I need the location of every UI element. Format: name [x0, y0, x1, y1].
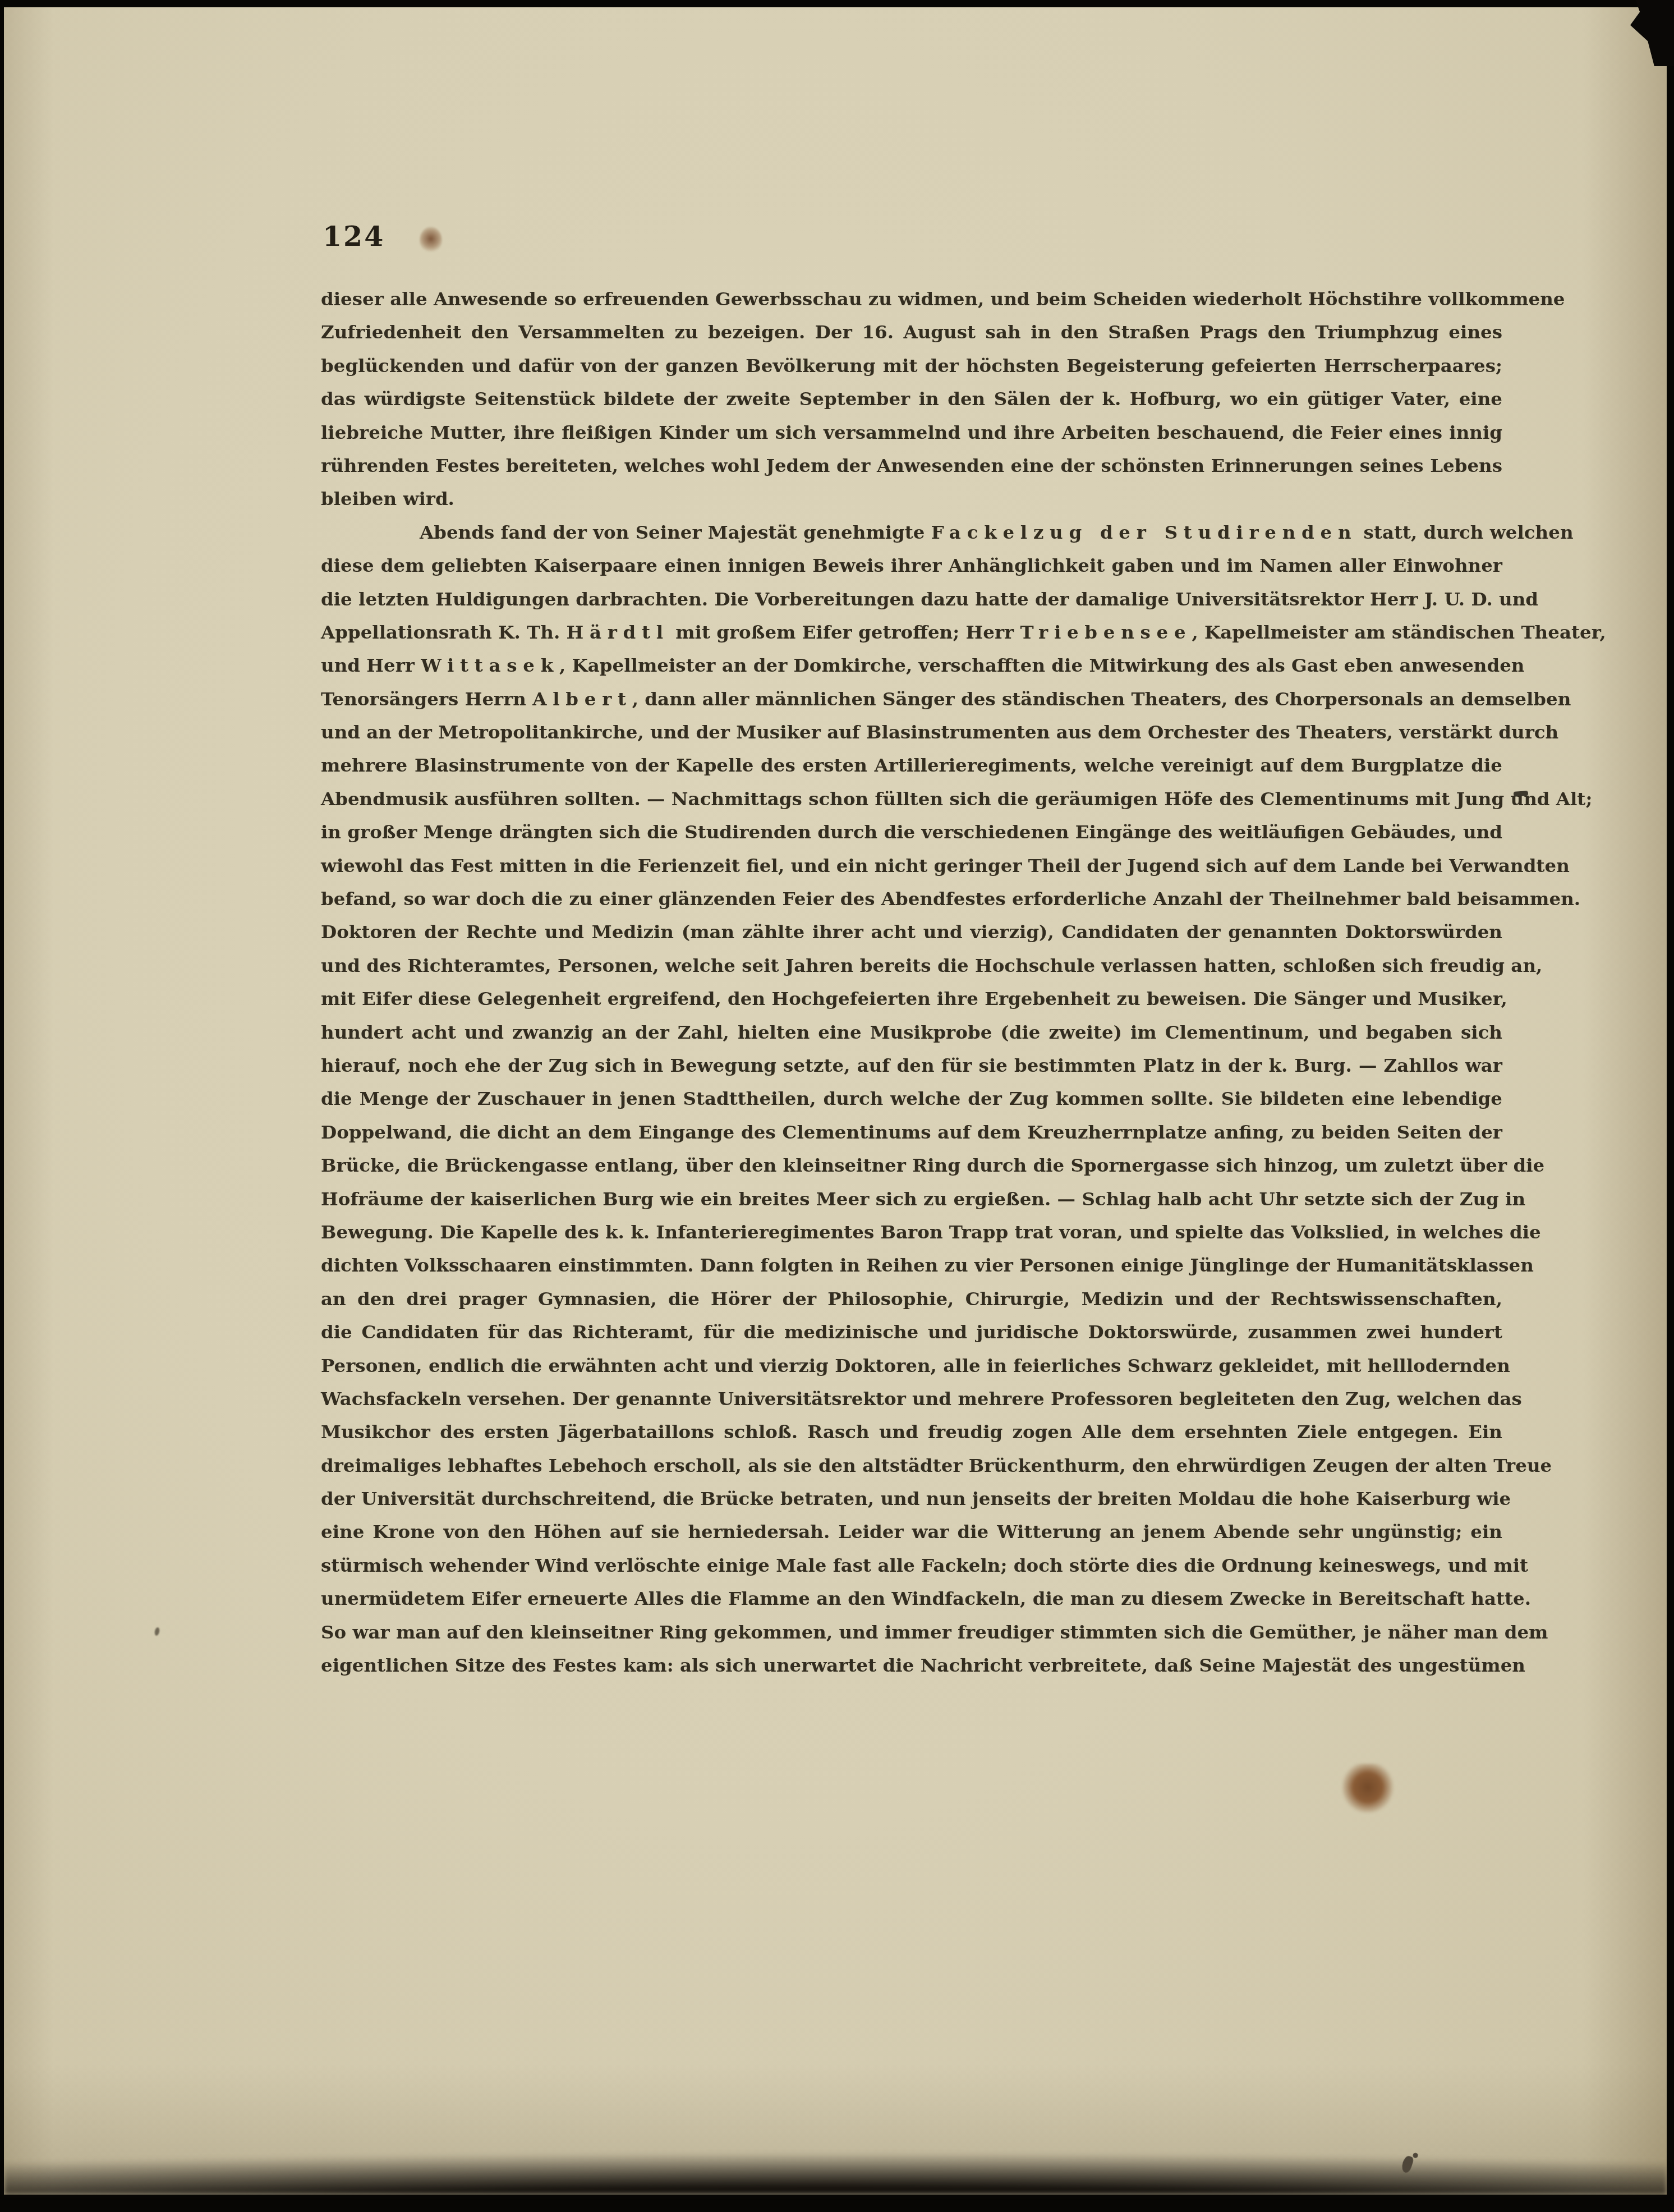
text-line: Doppelwand, die dicht an dem Eingange de…	[321, 1116, 1502, 1149]
text-line: eine Krone von den Höhen auf sie hernied…	[321, 1515, 1502, 1548]
text-line: die Candidaten für das Richteramt, für d…	[321, 1315, 1502, 1348]
text-segment: Wachsfackeln versehen. Der genannte Univ…	[321, 1388, 1522, 1410]
text-segment: mehrere Blasinstrumente von der Kapelle …	[321, 754, 1502, 776]
text-segment: und des Richteramtes, Personen, welche s…	[321, 954, 1542, 976]
text-line: dieser alle Anwesende so erfreuenden Gew…	[321, 282, 1502, 315]
ink-stain-small	[420, 227, 442, 254]
text-segment: mit Eifer diese Gelegenheit ergreifend, …	[321, 988, 1507, 1009]
text-line: das würdigste Seitenstück bildete der zw…	[321, 382, 1502, 415]
text-segment: Musikchor des ersten Jägerbataillons sch…	[321, 1421, 1502, 1443]
text-segment: beglückenden und dafür von der ganzen Be…	[321, 355, 1502, 377]
emphasized-name: Triebensee	[1020, 621, 1192, 643]
text-segment: die letzten Huldigungen darbrachten. Die…	[321, 588, 1538, 610]
scan-bottom-shadow	[4, 2127, 1667, 2195]
text-segment: Appellationsrath K. Th.	[321, 621, 567, 643]
text-segment: eigentlichen Sitze des Festes kam: als s…	[321, 1654, 1525, 1676]
text-line: Bewegung. Die Kapelle des k. k. Infanter…	[321, 1215, 1502, 1249]
text-segment: Abendmusik ausführen sollten. — Nachmitt…	[321, 788, 1592, 810]
page-number: 124	[323, 220, 385, 253]
text-segment: das würdigste Seitenstück bildete der zw…	[321, 388, 1502, 410]
text-segment: der Universität durchschreitend, die Brü…	[321, 1488, 1511, 1509]
text-segment: Abends fand der von Seiner Majestät gene…	[420, 521, 931, 543]
text-segment: dichten Volksschaaren einstimmten. Dann …	[321, 1254, 1534, 1276]
text-segment: rührenden Festes bereiteten, welches woh…	[321, 455, 1502, 476]
text-segment: , Kapellmeister am ständischen Theater,	[1192, 621, 1606, 643]
text-line: Tenorsängers Herrn Albert, dann aller mä…	[321, 682, 1502, 715]
text-line: beglückenden und dafür von der ganzen Be…	[321, 349, 1502, 382]
text-line: liebreiche Mutter, ihre fleißigen Kinder…	[321, 416, 1502, 449]
text-line: hundert acht und zwanzig an der Zahl, hi…	[321, 1016, 1502, 1049]
text-line: Appellationsrath K. Th. Härdtl mit große…	[321, 616, 1502, 649]
text-segment: und an der Metropolitankirche, und der M…	[321, 721, 1558, 743]
text-segment: So war man auf den kleinseitner Ring gek…	[321, 1621, 1548, 1643]
text-line: eigentlichen Sitze des Festes kam: als s…	[321, 1649, 1502, 1682]
text-segment: diese dem geliebten Kaiserpaare einen in…	[321, 554, 1502, 576]
text-segment: statt, durch welchen	[1357, 521, 1573, 543]
text-line: befand, so war doch die zu einer glänzen…	[321, 882, 1502, 915]
text-line: Personen, endlich die erwähnten acht und…	[321, 1349, 1502, 1382]
text-segment: befand, so war doch die zu einer glänzen…	[321, 888, 1580, 910]
text-line: Abends fand der von Seiner Majestät gene…	[321, 516, 1502, 549]
text-segment: Doktoren der Rechte und Medizin (man zäh…	[321, 921, 1502, 943]
text-line: die Menge der Zuschauer in jenen Stadtth…	[321, 1082, 1502, 1115]
text-line: in großer Menge drängten sich die Studir…	[321, 815, 1502, 848]
text-segment: Hofräume der kaiserlichen Burg wie ein b…	[321, 1188, 1525, 1210]
emphasized-name: Fackelzug der Studirenden	[931, 521, 1357, 543]
text-line: Hofräume der kaiserlichen Burg wie ein b…	[321, 1182, 1502, 1215]
text-segment: an den drei prager Gymnasien, die Hörer …	[321, 1288, 1502, 1310]
text-segment: dreimaliges lebhaftes Lebehoch erscholl,…	[321, 1454, 1552, 1476]
text-line: die letzten Huldigungen darbrachten. Die…	[321, 582, 1502, 616]
text-line: der Universität durchschreitend, die Brü…	[321, 1482, 1502, 1515]
text-line: hierauf, noch ehe der Zug sich in Bewegu…	[321, 1049, 1502, 1082]
text-line: mit Eifer diese Gelegenheit ergreifend, …	[321, 982, 1502, 1015]
text-block: dieser alle Anwesende so erfreuenden Gew…	[321, 282, 1502, 1682]
emphasized-name: Härdtl	[567, 621, 669, 643]
emphasized-name: Wittasek	[421, 654, 559, 676]
text-segment: , Kapellmeister an der Domkirche, versch…	[559, 654, 1525, 676]
text-segment: in großer Menge drängten sich die Studir…	[321, 821, 1502, 843]
text-line: rührenden Festes bereiteten, welches woh…	[321, 449, 1502, 482]
text-segment: bleiben wird.	[321, 488, 454, 510]
text-line: und des Richteramtes, Personen, welche s…	[321, 949, 1502, 982]
text-line: unermüdetem Eifer erneuerte Alles die Fl…	[321, 1582, 1502, 1615]
text-line: Musikchor des ersten Jägerbataillons sch…	[321, 1415, 1502, 1448]
text-segment: die Menge der Zuschauer in jenen Stadtth…	[321, 1087, 1502, 1109]
text-segment: liebreiche Mutter, ihre fleißigen Kinder…	[321, 421, 1502, 443]
text-segment: eine Krone von den Höhen auf sie hernied…	[321, 1521, 1502, 1543]
text-segment: , dann aller männlichen Sänger des ständ…	[632, 688, 1571, 710]
text-segment: Tenorsängers Herrn	[321, 688, 532, 710]
text-segment: stürmisch wehender Wind verlöschte einig…	[321, 1554, 1528, 1576]
text-line: bleiben wird.	[321, 482, 1502, 515]
text-segment: Personen, endlich die erwähnten acht und…	[321, 1355, 1510, 1376]
text-segment: hundert acht und zwanzig an der Zahl, hi…	[321, 1021, 1502, 1043]
text-line: an den drei prager Gymnasien, die Hörer …	[321, 1282, 1502, 1315]
text-segment: unermüdetem Eifer erneuerte Alles die Fl…	[321, 1587, 1531, 1609]
text-line: stürmisch wehender Wind verlöschte einig…	[321, 1549, 1502, 1582]
text-line: So war man auf den kleinseitner Ring gek…	[321, 1616, 1502, 1649]
text-segment: die Candidaten für das Richteramt, für d…	[321, 1321, 1502, 1343]
text-segment: Bewegung. Die Kapelle des k. k. Infanter…	[321, 1221, 1541, 1243]
text-segment: Brücke, die Brückengasse entlang, über d…	[321, 1154, 1544, 1176]
text-line: dichten Volksschaaren einstimmten. Dann …	[321, 1249, 1502, 1282]
text-segment: und Herr	[321, 654, 421, 676]
text-line: und Herr Wittasek, Kapellmeister an der …	[321, 649, 1502, 682]
text-line: und an der Metropolitankirche, und der M…	[321, 715, 1502, 749]
text-line: diese dem geliebten Kaiserpaare einen in…	[321, 549, 1502, 582]
text-line: Abendmusik ausführen sollten. — Nachmitt…	[321, 782, 1502, 815]
text-line: mehrere Blasinstrumente von der Kapelle …	[321, 749, 1502, 782]
text-segment: hierauf, noch ehe der Zug sich in Bewegu…	[321, 1054, 1502, 1076]
text-line: Doktoren der Rechte und Medizin (man zäh…	[321, 915, 1502, 948]
text-segment: Doppelwand, die dicht an dem Eingange de…	[321, 1121, 1502, 1143]
text-segment: wiewohl das Fest mitten in die Ferienzei…	[321, 855, 1570, 876]
text-line: Brücke, die Brückengasse entlang, über d…	[321, 1149, 1502, 1182]
text-line: Zufriedenheit den Versammelten zu bezeig…	[321, 315, 1502, 348]
text-segment: mit großem Eifer getroffen; Herr	[669, 621, 1020, 643]
ink-stain-large	[1342, 1764, 1396, 1813]
emphasized-name: Albert	[532, 688, 632, 710]
text-line: dreimaliges lebhaftes Lebehoch erscholl,…	[321, 1449, 1502, 1482]
text-line: wiewohl das Fest mitten in die Ferienzei…	[321, 849, 1502, 882]
text-segment: Zufriedenheit den Versammelten zu bezeig…	[321, 321, 1502, 343]
scanned-book-page: { "colors": { "paper": "#d7cfb4", "ink":…	[0, 0, 1674, 2212]
text-segment: dieser alle Anwesende so erfreuenden Gew…	[321, 288, 1565, 310]
text-line: Wachsfackeln versehen. Der genannte Univ…	[321, 1382, 1502, 1415]
